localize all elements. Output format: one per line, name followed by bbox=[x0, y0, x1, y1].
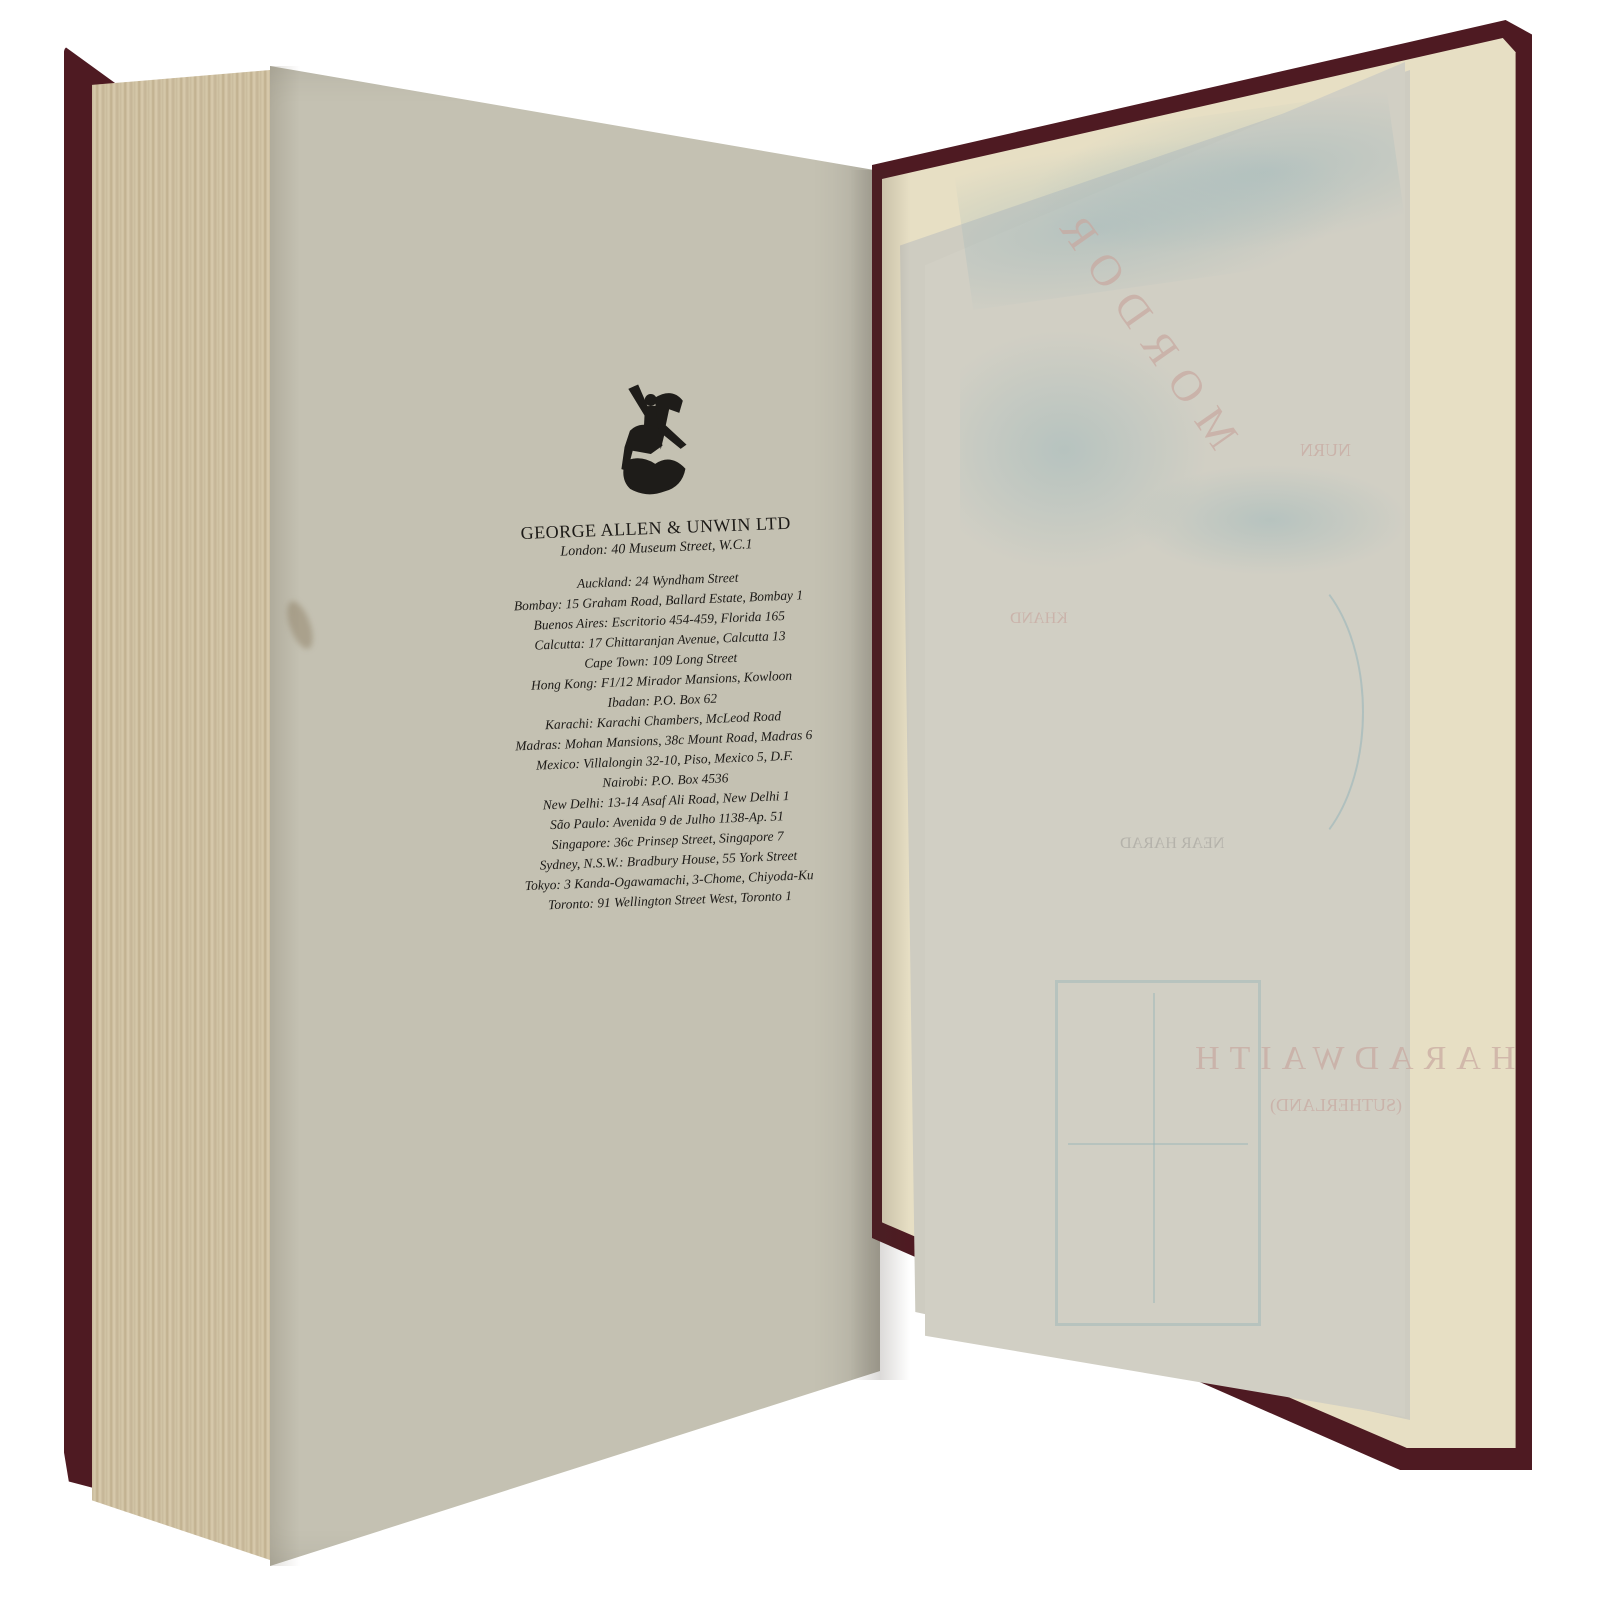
map-river-line bbox=[1180, 560, 1364, 864]
map-label-near-harad: NEAR HARAD bbox=[1120, 835, 1224, 853]
open-book-photo: MORDOR NURN KHAND NEAR HARAD HARADWAITH … bbox=[0, 0, 1600, 1600]
map-label-nurn: NURN bbox=[1300, 440, 1351, 461]
publisher-imprint: GEORGE ALLEN & UNWIN LTD London: 40 Muse… bbox=[450, 372, 870, 918]
map-compass-rose bbox=[1055, 980, 1261, 1326]
map-label-sutherland: (SUTHERLAND) bbox=[1270, 1095, 1402, 1116]
st-george-and-dragon-icon bbox=[608, 378, 697, 501]
page-edge-shadow bbox=[270, 66, 300, 1566]
map-label-khand: KHAND bbox=[1010, 610, 1068, 628]
page-block-fore-edge bbox=[92, 70, 270, 1560]
branch-address-list: Auckland: 24 Wyndham Street Bombay: 15 G… bbox=[457, 563, 870, 918]
map-label-haradwaith: HARADWAITH bbox=[1185, 1040, 1515, 1078]
